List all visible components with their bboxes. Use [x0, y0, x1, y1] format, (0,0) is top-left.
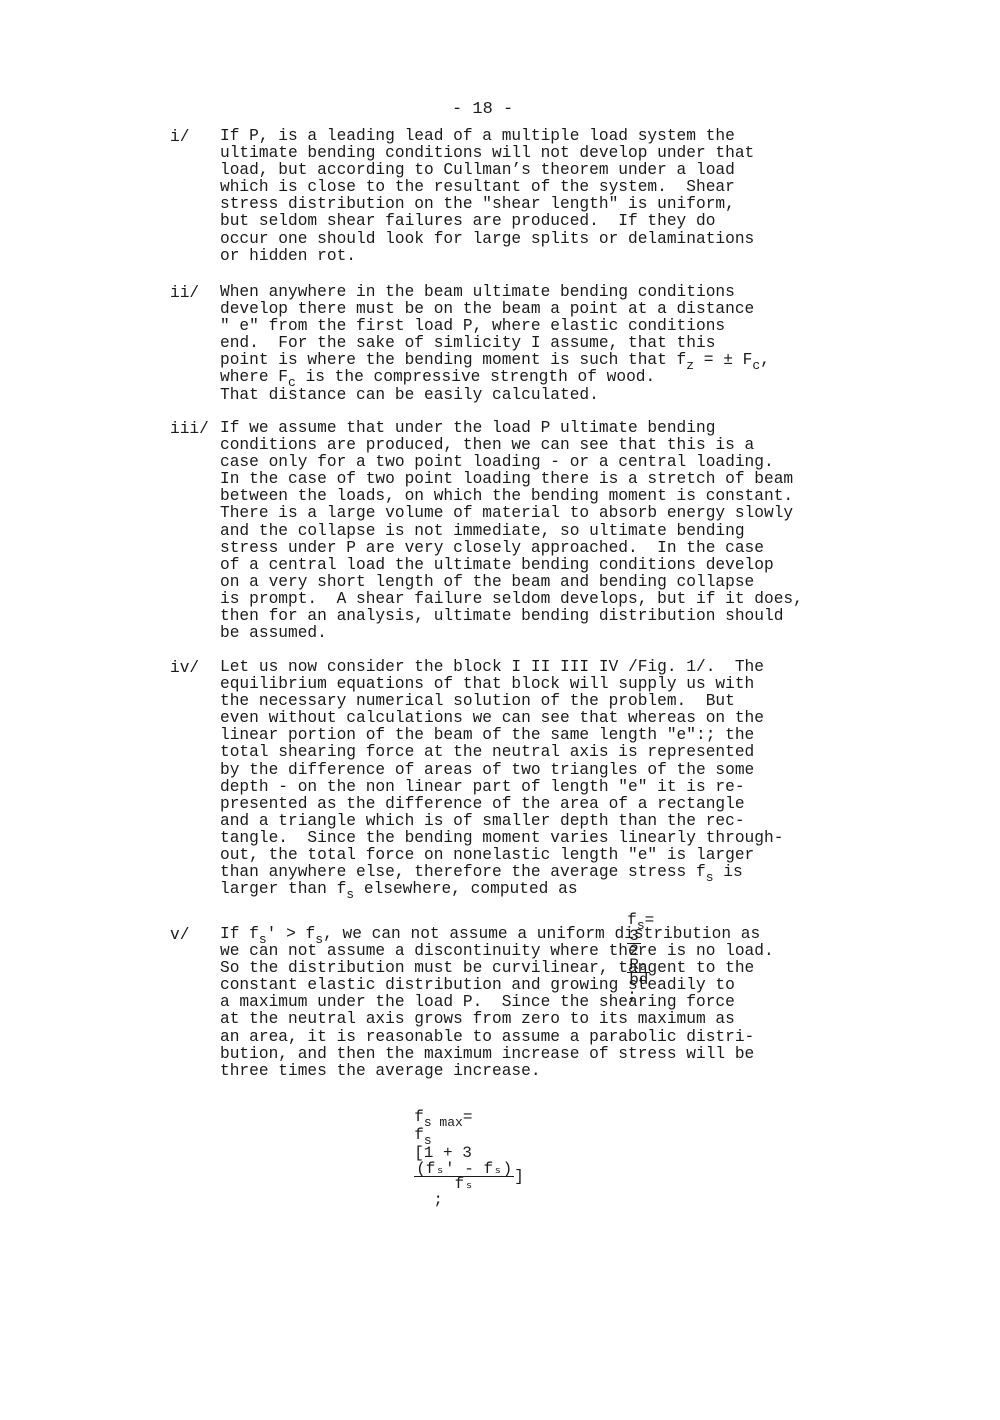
item-body: When anywhere in the beam ultimate bendi…	[220, 284, 770, 404]
text-line: point is where the bending moment is suc…	[220, 352, 770, 369]
text-line: stress under P are very closely approach…	[220, 540, 803, 557]
text-line: When anywhere in the beam ultimate bendi…	[220, 284, 770, 301]
text-line: occur one should look for large splits o…	[220, 231, 754, 248]
text-line: If P, is a leading lead of a multiple lo…	[220, 128, 754, 145]
text-line: conditions are produced, then we can see…	[220, 437, 803, 454]
text-line: case only for a two point loading - or a…	[220, 454, 803, 471]
item-body: If fs' > fs, we can not assume a uniform…	[220, 926, 774, 1080]
formula-max-stress: fs max= fs [1 + 3 (fₛ' - fₛ)fₛ] ;	[395, 1090, 524, 1209]
text-line: we can not assume a discontinuity where …	[220, 943, 774, 960]
text-line: tangle. Since the bending moment varies …	[220, 830, 783, 847]
text-line: load, but according to Cullman’s theorem…	[220, 162, 754, 179]
text-line: That distance can be easily calculated.	[220, 387, 770, 404]
text-line: which is close to the resultant of the s…	[220, 179, 754, 196]
item-body: Let us now consider the block I II III I…	[220, 659, 783, 898]
text-line: is prompt. A shear failure seldom develo…	[220, 591, 803, 608]
text-line: be assumed.	[220, 625, 803, 642]
text-line: but seldom shear failures are produced. …	[220, 213, 754, 230]
text-line: total shearing force at the neutral axis…	[220, 744, 783, 761]
text-line: bution, and then the maximum increase of…	[220, 1046, 774, 1063]
text-line: Let us now consider the block I II III I…	[220, 659, 783, 676]
item-label: iv/	[170, 659, 220, 677]
text-line: In the case of two point loading there i…	[220, 471, 803, 488]
text-line: three times the average increase.	[220, 1063, 774, 1080]
text-line: If we assume that under the load P ultim…	[220, 420, 803, 437]
text-line: on a very short length of the beam and b…	[220, 574, 803, 591]
item-label: i/	[170, 128, 220, 146]
text-line: then for an analysis, ultimate bending d…	[220, 608, 803, 625]
text-line: a maximum under the load P. Since the sh…	[220, 994, 774, 1011]
text-line: If fs' > fs, we can not assume a uniform…	[220, 926, 774, 943]
text-line: equilibrium equations of that block will…	[220, 676, 783, 693]
text-line: presented as the difference of the area …	[220, 796, 783, 813]
item-label: ii/	[170, 284, 220, 302]
text-line: by the difference of areas of two triang…	[220, 762, 783, 779]
item-body: If P, is a leading lead of a multiple lo…	[220, 128, 754, 265]
text-line: and a triangle which is of smaller depth…	[220, 813, 783, 830]
text-line: depth - on the non linear part of length…	[220, 779, 783, 796]
text-line: between the loads, on which the bending …	[220, 488, 803, 505]
text-line: out, the total force on nonelastic lengt…	[220, 847, 783, 864]
text-line: end. For the sake of simlicity I assume,…	[220, 335, 770, 352]
text-line: So the distribution must be curvilinear,…	[220, 960, 774, 977]
text-line: ultimate bending conditions will not dev…	[220, 145, 754, 162]
text-line: develop there must be on the beam a poin…	[220, 301, 770, 318]
item-label: iii/	[170, 420, 220, 438]
text-line: There is a large volume of material to a…	[220, 505, 803, 522]
text-line: at the neutral axis grows from zero to i…	[220, 1011, 774, 1028]
text-line: or hidden rot.	[220, 248, 754, 265]
text-line: linear portion of the beam of the same l…	[220, 727, 783, 744]
page-number: - 18 -	[452, 100, 513, 119]
text-line: the necessary numerical solution of the …	[220, 693, 783, 710]
text-line: constant elastic distribution and growin…	[220, 977, 774, 994]
formula-average-stress: fs= 32 Rₐbd ;	[608, 893, 654, 1005]
text-line: than anywhere else, therefore the averag…	[220, 864, 783, 881]
text-line: of a central load the ultimate bending c…	[220, 557, 803, 574]
text-line: and the collapse is not immediate, so ul…	[220, 523, 803, 540]
text-line: an area, it is reasonable to assume a pa…	[220, 1029, 774, 1046]
item-label: v/	[170, 926, 220, 944]
text-line: " e" from the first load P, where elasti…	[220, 318, 770, 335]
item-body: If we assume that under the load P ultim…	[220, 420, 803, 642]
text-line: larger than fs elsewhere, computed as	[220, 881, 783, 898]
text-line: even without calculations we can see tha…	[220, 710, 783, 727]
text-line: stress distribution on the "shear length…	[220, 196, 754, 213]
